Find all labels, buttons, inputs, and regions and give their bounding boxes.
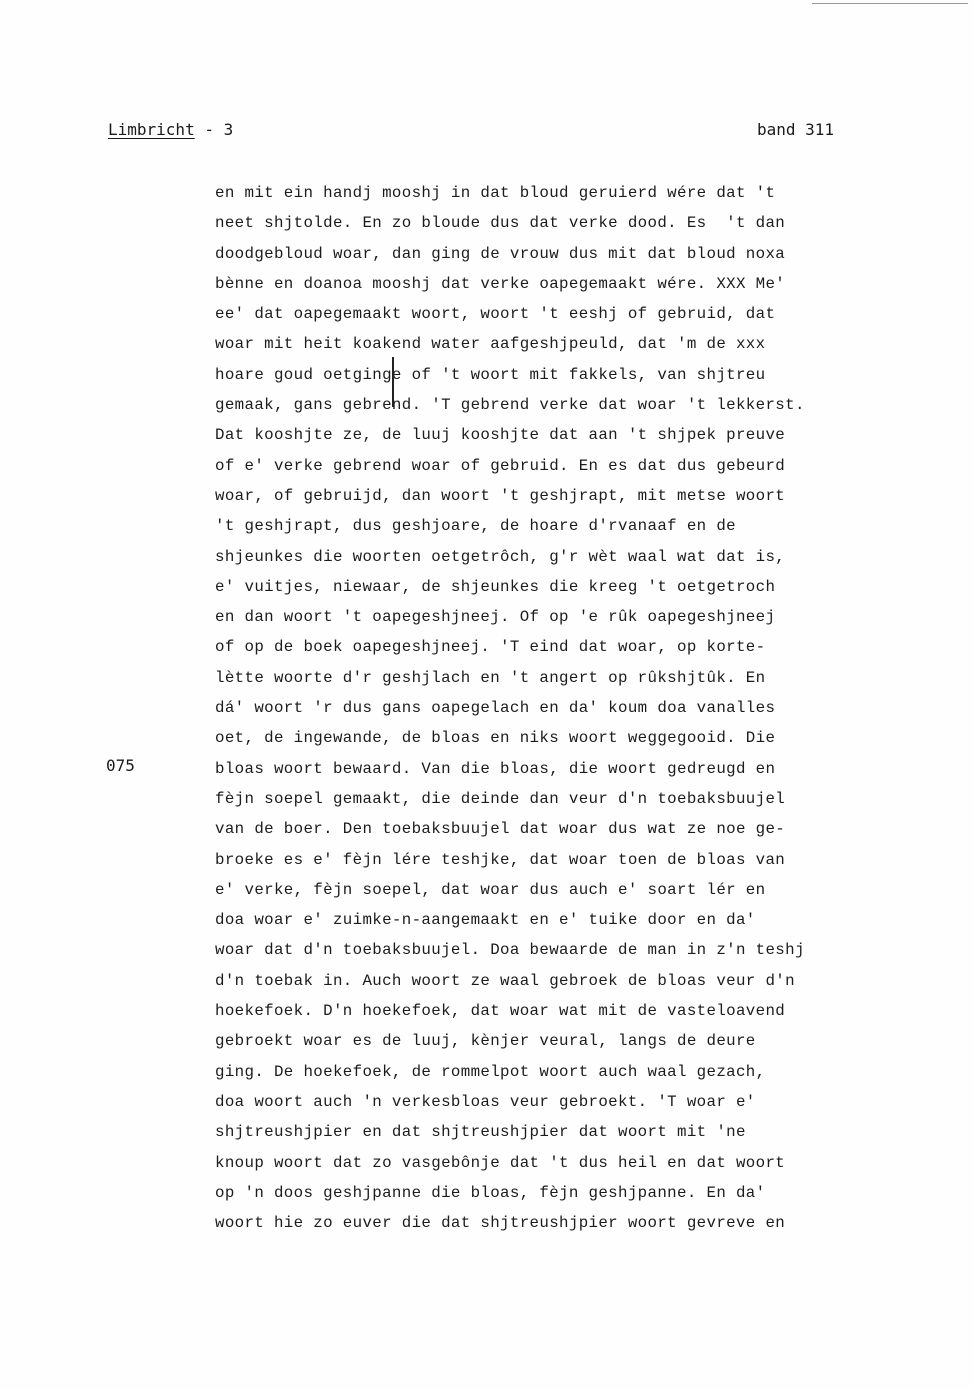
place-name: Limbricht bbox=[108, 120, 195, 139]
transcript-line: e' verke, fèjn soepel, dat woar dus auch… bbox=[215, 875, 875, 905]
transcript-line: doodgebloud woar, dan ging de vrouw dus … bbox=[215, 239, 875, 269]
transcript-line: knoup woort dat zo vasgebônje dat 't dus… bbox=[215, 1148, 875, 1178]
transcript-line: gemaak, gans gebrend. 'T gebrend verke d… bbox=[215, 390, 875, 420]
transcript-line: Dat kooshjte ze, de luuj kooshjte dat aa… bbox=[215, 420, 875, 450]
transcript-line: ging. De hoekefoek, de rommelpot woort a… bbox=[215, 1057, 875, 1087]
tape-number: band 311 bbox=[757, 120, 834, 139]
margin-timestamp: 075 bbox=[106, 756, 135, 775]
transcript-line: d'n toebak in. Auch woort ze waal gebroe… bbox=[215, 966, 875, 996]
transcript-line: fèjn soepel gemaakt, die deinde dan veur… bbox=[215, 784, 875, 814]
transcript-line: en mit ein handj mooshj in dat bloud ger… bbox=[215, 178, 875, 208]
transcript-line: shjtreushjpier en dat shjtreushjpier dat… bbox=[215, 1117, 875, 1147]
transcript-line: lètte woorte d'r geshjlach en 't angert … bbox=[215, 663, 875, 693]
transcript-line: ee' dat oapegemaakt woort, woort 't eesh… bbox=[215, 299, 875, 329]
transcript-line: e' vuitjes, niewaar, de shjeunkes die kr… bbox=[215, 572, 875, 602]
transcript-line: hoekefoek. D'n hoekefoek, dat woar wat m… bbox=[215, 996, 875, 1026]
transcript-line: shjeunkes die woorten oetgetrôch, g'r wè… bbox=[215, 542, 875, 572]
transcript-body: en mit ein handj mooshj in dat bloud ger… bbox=[215, 178, 875, 1238]
transcript-line: oet, de ingewande, de bloas en niks woor… bbox=[215, 723, 875, 753]
transcript-line: woar, of gebruijd, dan woort 't geshjrap… bbox=[215, 481, 875, 511]
transcript-line: woar mit heit koakend water aafgeshjpeul… bbox=[215, 329, 875, 359]
transcript-line: doa woort auch 'n verkesbloas veur gebro… bbox=[215, 1087, 875, 1117]
transcript-line: bènne en doanoa mooshj dat verke oapegem… bbox=[215, 269, 875, 299]
transcript-line: van de boer. Den toebaksbuujel dat woar … bbox=[215, 814, 875, 844]
transcript-line: hoare goud oetginge of 't woort mit fakk… bbox=[215, 360, 875, 390]
transcript-line: neet shjtolde. En zo bloude dus dat verk… bbox=[215, 208, 875, 238]
page-number: - 3 bbox=[195, 120, 234, 139]
transcript-line: gebroekt woar es de luuj, kènjer veural,… bbox=[215, 1026, 875, 1056]
transcript-line: woar dat d'n toebaksbuujel. Doa bewaarde… bbox=[215, 935, 875, 965]
transcript-line: broeke es e' fèjn lére teshjke, dat woar… bbox=[215, 845, 875, 875]
transcript-line: en dan woort 't oapegeshjneej. Of op 'e … bbox=[215, 602, 875, 632]
transcript-line: doa woar e' zuimke-n-aangemaakt en e' tu… bbox=[215, 905, 875, 935]
transcript-line: op 'n doos geshjpanne die bloas, fèjn ge… bbox=[215, 1178, 875, 1208]
transcript-line: dá' woort 'r dus gans oapegelach en da' … bbox=[215, 693, 875, 723]
page-header-left: Limbricht - 3 bbox=[108, 120, 233, 139]
transcript-line: of op de boek oapegeshjneej. 'T eind dat… bbox=[215, 632, 875, 662]
transcript-line: of e' verke gebrend woar of gebruid. En … bbox=[215, 451, 875, 481]
transcript-line: woort hie zo euver die dat shjtreushjpie… bbox=[215, 1208, 875, 1238]
transcript-line: 't geshjrapt, dus geshjoare, de hoare d'… bbox=[215, 511, 875, 541]
scan-edge-line bbox=[812, 3, 968, 4]
typescript-page: Limbricht - 3 band 311 075 en mit ein ha… bbox=[0, 0, 973, 1389]
insertion-mark bbox=[392, 357, 394, 407]
transcript-line: bloas woort bewaard. Van die bloas, die … bbox=[215, 754, 875, 784]
